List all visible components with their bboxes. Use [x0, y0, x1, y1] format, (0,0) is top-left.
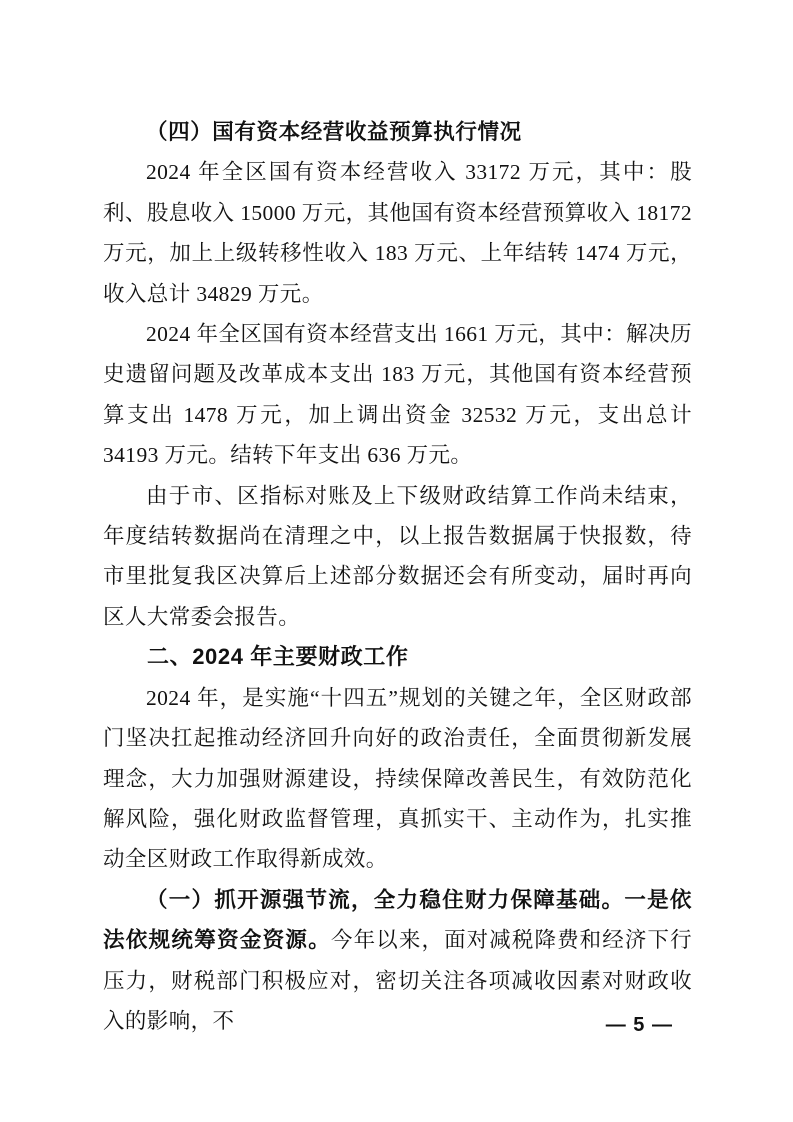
document-content: （四）国有资本经营收益预算执行情况 2024 年全区国有资本经营收入 33172… [103, 112, 692, 1041]
page-number: — 5 — [606, 1014, 673, 1037]
paragraph-capital-operating-income: 2024 年全区国有资本经营收入 33172 万元，其中：股利、股息收入 150… [103, 152, 692, 314]
section-heading-2024-fiscal-work: 二、2024 年主要财政工作 [103, 637, 692, 677]
document-page: （四）国有资本经营收益预算执行情况 2024 年全区国有资本经营收入 33172… [0, 0, 793, 1122]
section-heading-state-capital-budget: （四）国有资本经营收益预算执行情况 [103, 112, 692, 152]
paragraph-item-1-revenue-sources: （一）抓开源强节流，全力稳住财力保障基础。一是依法依规统筹资金资源。今年以来，面… [103, 880, 692, 1042]
paragraph-fiscal-work-overview: 2024 年，是实施“十四五”规划的关键之年，全区财政部门坚决扛起推动经济回升向… [103, 678, 692, 880]
paragraph-settlement-note: 由于市、区指标对账及上下级财政结算工作尚未结束，年度结转数据尚在清理之中，以上报… [103, 476, 692, 638]
paragraph-capital-operating-expenditure: 2024 年全区国有资本经营支出 1661 万元，其中：解决历史遗留问题及改革成… [103, 314, 692, 476]
